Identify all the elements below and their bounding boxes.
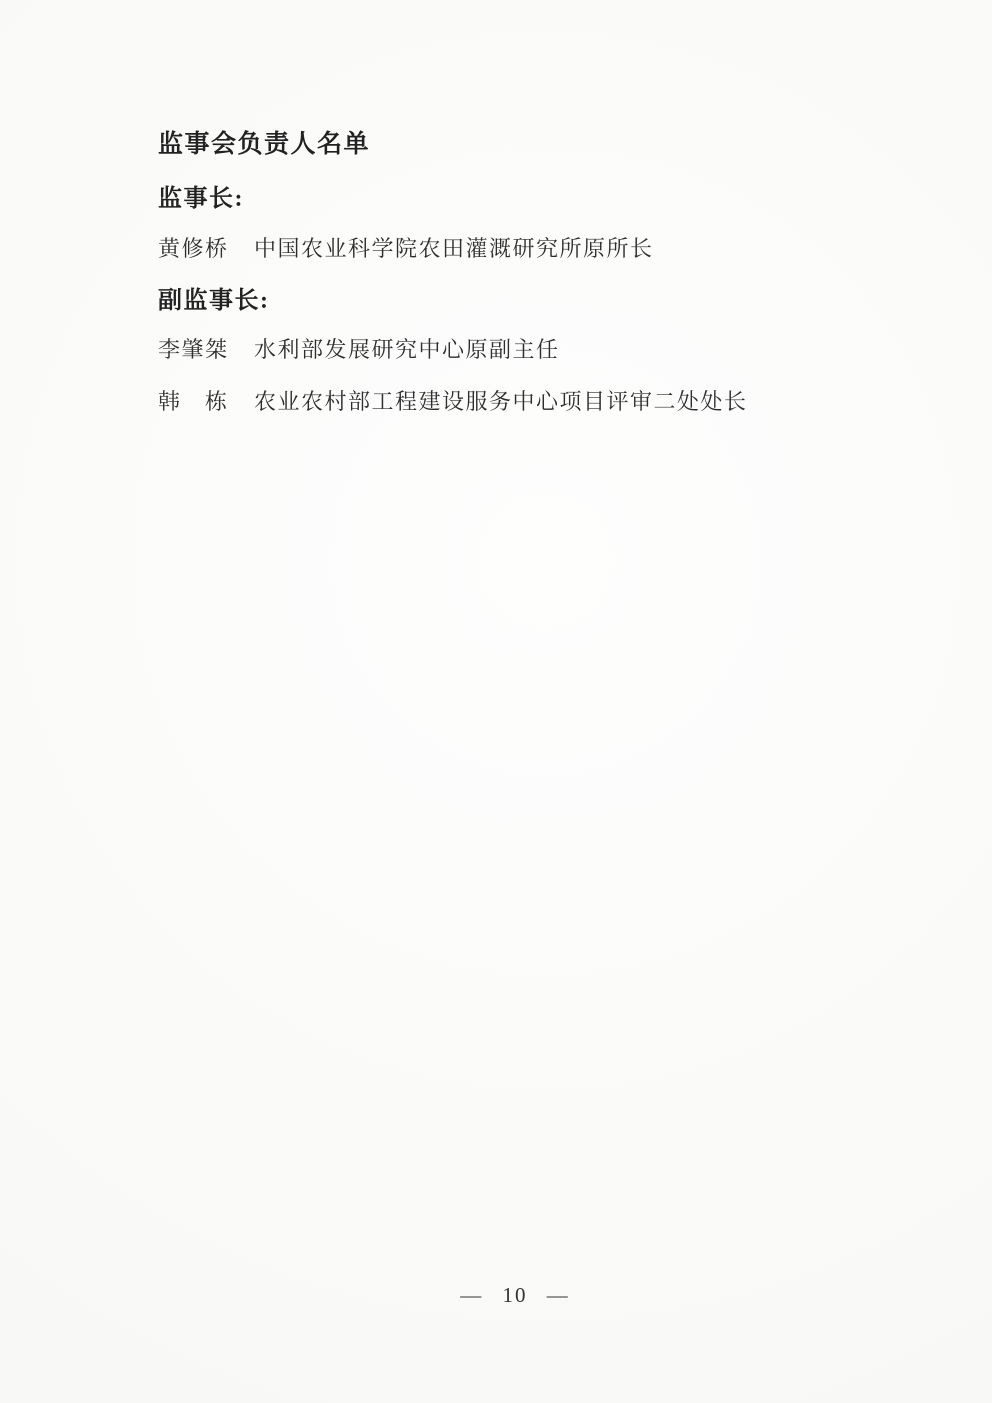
member-name: 黄修桥	[158, 232, 234, 263]
member-title: 水利部发展研究中心原副主任	[254, 333, 560, 364]
member-row: 李肇桀水利部发展研究中心原副主任	[158, 333, 560, 364]
member-name: 韩 栋	[158, 385, 234, 416]
member-title: 农业农村部工程建设服务中心项目评审二处处长	[254, 385, 748, 416]
member-row: 韩 栋农业农村部工程建设服务中心项目评审二处处长	[158, 385, 748, 416]
section-heading-deputy-chief-supervisor: 副监事长:	[158, 280, 270, 315]
document-title: 监事会负责人名单	[158, 124, 370, 160]
scanned-document-page: 监事会负责人名单 监事长: 黄修桥中国农业科学院农田灌溉研究所原所长 副监事长:…	[0, 0, 992, 1403]
section-heading-chief-supervisor: 监事长:	[158, 178, 244, 213]
member-title: 中国农业科学院农田灌溉研究所原所长	[254, 232, 654, 263]
member-row: 黄修桥中国农业科学院农田灌溉研究所原所长	[158, 232, 654, 263]
page-number: — 10 —	[0, 1283, 992, 1308]
member-name: 李肇桀	[158, 333, 234, 364]
